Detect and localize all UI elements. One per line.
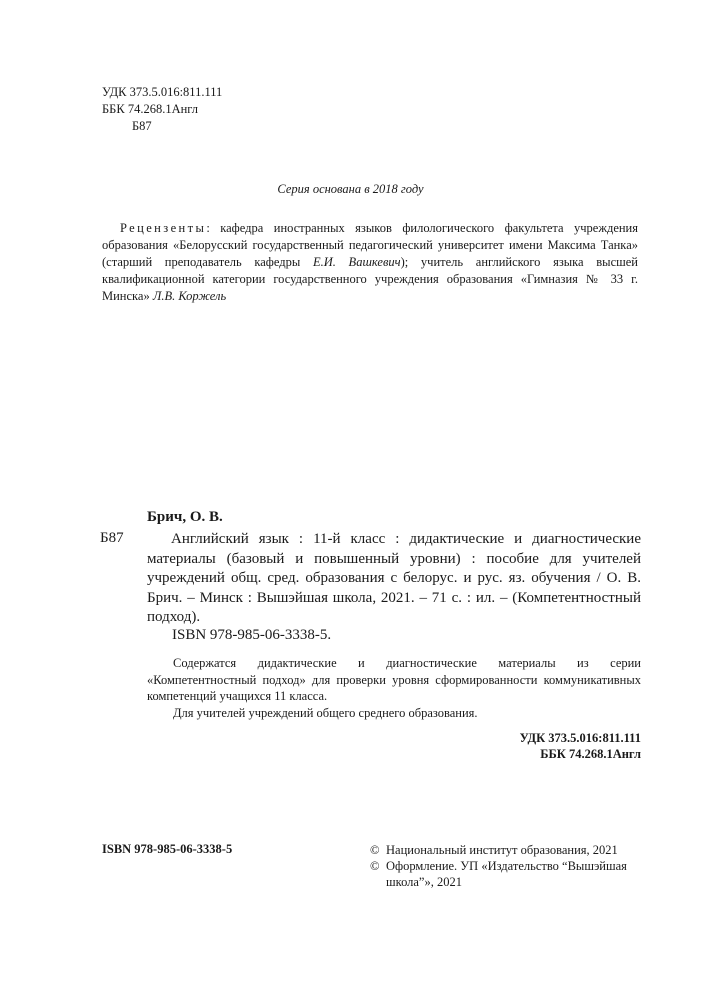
- reviewers-paragraph: Рецензенты: кафедра иностранных языков ф…: [102, 220, 638, 305]
- catalog-code: Б87: [100, 530, 124, 547]
- catalog-author: Брич, О. В.: [147, 509, 223, 526]
- abstract-paragraph-1: Содержатся дидактические и диагностическ…: [147, 655, 641, 705]
- copyright-block: © Национальный институт образования, 202…: [370, 842, 660, 890]
- copyright-icon: ©: [370, 842, 386, 858]
- catalog-description: Английский язык : 11-й класс : дидактиче…: [147, 530, 641, 628]
- copyright-icon: ©: [370, 858, 386, 874]
- copyright-line-2: Оформление. УП «Издательство “Вышэйшая: [386, 858, 627, 874]
- imprint-isbn: ISBN 978-985-06-3338-5: [102, 842, 232, 857]
- series-note: Серия основана в 2018 году: [0, 182, 701, 197]
- classification-codes: УДК 373.5.016:811.111 ББК 74.268.1Англ: [520, 730, 641, 762]
- reviewer-name-2: Л.В. Коржель: [153, 289, 226, 303]
- catalog-isbn: ISBN 978-985-06-3338-5.: [172, 627, 331, 644]
- udk-header-block: УДК 373.5.016:811.111 ББК 74.268.1Англ Б…: [102, 84, 222, 135]
- catalog-description-text: Английский язык : 11-й класс : дидактиче…: [147, 531, 641, 625]
- abstract: Содержатся дидактические и диагностическ…: [147, 655, 641, 721]
- author-mark: Б87: [102, 118, 222, 135]
- bbk-code: ББК 74.268.1Англ: [102, 101, 222, 118]
- reviewer-name-1: Е.И. Вашкевич: [313, 255, 401, 269]
- udk-code: УДК 373.5.016:811.111: [102, 84, 222, 101]
- reviewers-label: Рецензенты: [120, 221, 206, 235]
- abstract-paragraph-2: Для учителей учреждений общего среднего …: [147, 705, 641, 722]
- copyright-line-1: Национальный институт образования, 2021: [386, 842, 618, 858]
- copyright-line-2-continued: школа”», 2021: [370, 874, 660, 890]
- bbk-code-bottom: ББК 74.268.1Англ: [520, 746, 641, 762]
- udk-code-bottom: УДК 373.5.016:811.111: [520, 730, 641, 746]
